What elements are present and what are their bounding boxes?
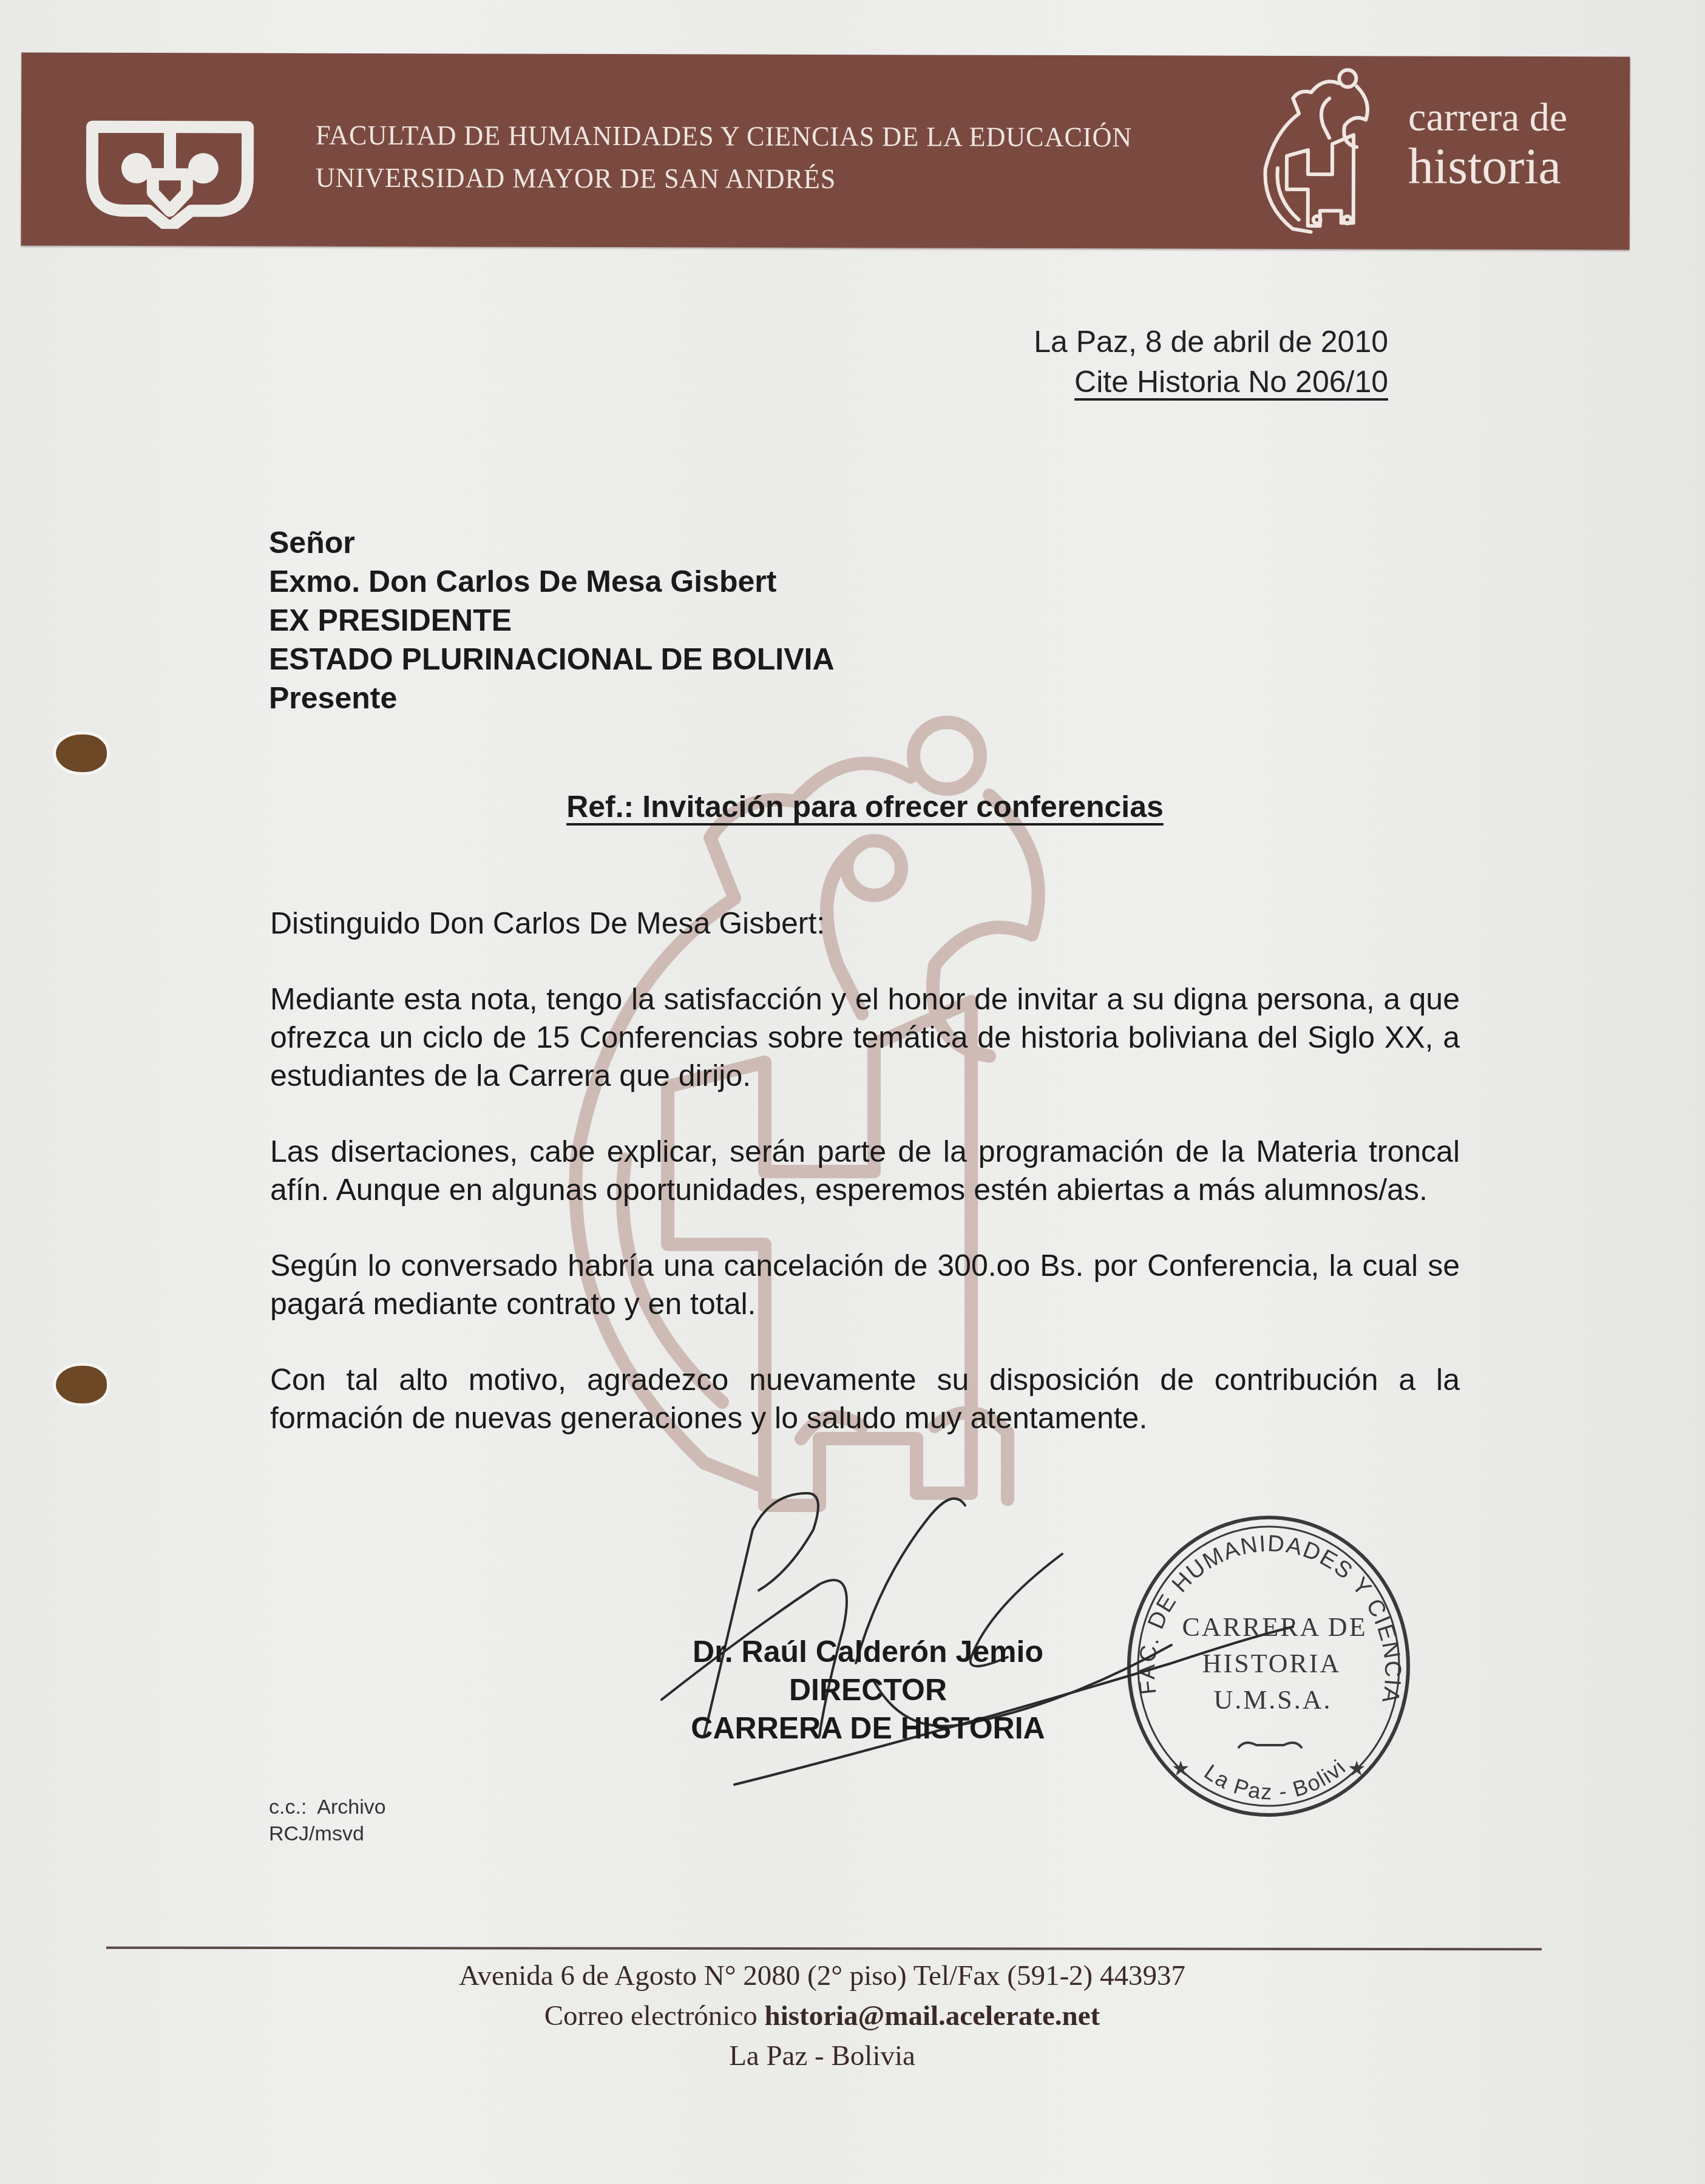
body-paragraph: Mediante esta nota, tengo la satisfacció… bbox=[270, 980, 1460, 1095]
footer-email: historia@mail.acelerate.net bbox=[765, 2000, 1100, 2032]
punch-hole bbox=[56, 1366, 107, 1403]
footer-city: La Paz - Bolivia bbox=[0, 2036, 1644, 2076]
letter-body: Distinguido Don Carlos De Mesa Gisbert: … bbox=[270, 904, 1460, 1475]
punch-hole bbox=[56, 734, 107, 772]
footer-divider bbox=[106, 1947, 1542, 1950]
reference-line: Ref.: Invitación para ofrecer conferenci… bbox=[0, 789, 1705, 824]
signer-title: DIRECTOR bbox=[631, 1671, 1105, 1709]
letter-date: La Paz, 8 de abril de 2010 bbox=[1034, 322, 1388, 362]
recipient-line: Exmo. Don Carlos De Mesa Gisbert bbox=[269, 562, 835, 601]
faculty-line-1: FACULTAD DE HUMANIDADES Y CIENCIAS DE LA… bbox=[316, 114, 1132, 159]
recipient-line: ESTADO PLURINACIONAL DE BOLIVIA bbox=[269, 640, 835, 679]
body-paragraph: Con tal alto motivo, agradezco nuevament… bbox=[270, 1361, 1460, 1437]
footer-email-label: Correo electrónico bbox=[544, 2000, 765, 2032]
body-paragraph: Las disertaciones, cabe explicar, serán … bbox=[270, 1133, 1460, 1209]
footer-email-line: Correo electrónico historia@mail.acelera… bbox=[0, 1996, 1644, 2036]
salutation: Distinguido Don Carlos De Mesa Gisbert: bbox=[270, 904, 1460, 943]
faculty-line-2: UNIVERSIDAD MAYOR DE SAN ANDRÉS bbox=[316, 157, 1132, 202]
cite-number: Cite Historia No 206/10 bbox=[1034, 362, 1388, 402]
body-paragraph: Según lo conversado habría una cancelaci… bbox=[270, 1247, 1460, 1323]
carrera-de-historia-wordmark: carrera de historia bbox=[1408, 96, 1567, 195]
carrera-wordmark-line-2: historia bbox=[1408, 140, 1567, 195]
initials-line: RCJ/msvd bbox=[269, 1820, 386, 1847]
recipient-address: Señor Exmo. Don Carlos De Mesa Gisbert E… bbox=[269, 523, 835, 717]
signature-block: Dr. Raúl Calderón Jemio DIRECTOR CARRERA… bbox=[631, 1633, 1105, 1748]
reference-text: Ref.: Invitación para ofrecer conferenci… bbox=[566, 790, 1164, 824]
signer-unit: CARRERA DE HISTORIA bbox=[631, 1709, 1105, 1748]
faculty-name: FACULTAD DE HUMANIDADES Y CIENCIAS DE LA… bbox=[316, 114, 1167, 202]
letterhead-band: FACULTAD DE HUMANIDADES Y CIENCIAS DE LA… bbox=[21, 53, 1630, 250]
footer-address: Avenida 6 de Agosto N° 2080 (2° piso) Te… bbox=[0, 1956, 1644, 1996]
umsa-shield-logo-icon bbox=[85, 120, 255, 229]
recipient-line: EX PRESIDENTE bbox=[269, 601, 835, 640]
carrera-wordmark-line-1: carrera de bbox=[1408, 96, 1567, 140]
carbon-copy-note: c.c.: Archivo RCJ/msvd bbox=[269, 1794, 386, 1847]
recipient-line: Presente bbox=[269, 679, 835, 717]
date-block: La Paz, 8 de abril de 2010 Cite Historia… bbox=[1034, 322, 1388, 402]
signer-name: Dr. Raúl Calderón Jemio bbox=[631, 1633, 1105, 1671]
recipient-line: Señor bbox=[269, 523, 835, 562]
letterhead-footer: Avenida 6 de Agosto N° 2080 (2° piso) Te… bbox=[0, 1956, 1644, 2076]
cc-line: c.c.: Archivo bbox=[269, 1794, 386, 1820]
carrera-historia-logo-icon bbox=[1250, 65, 1391, 242]
